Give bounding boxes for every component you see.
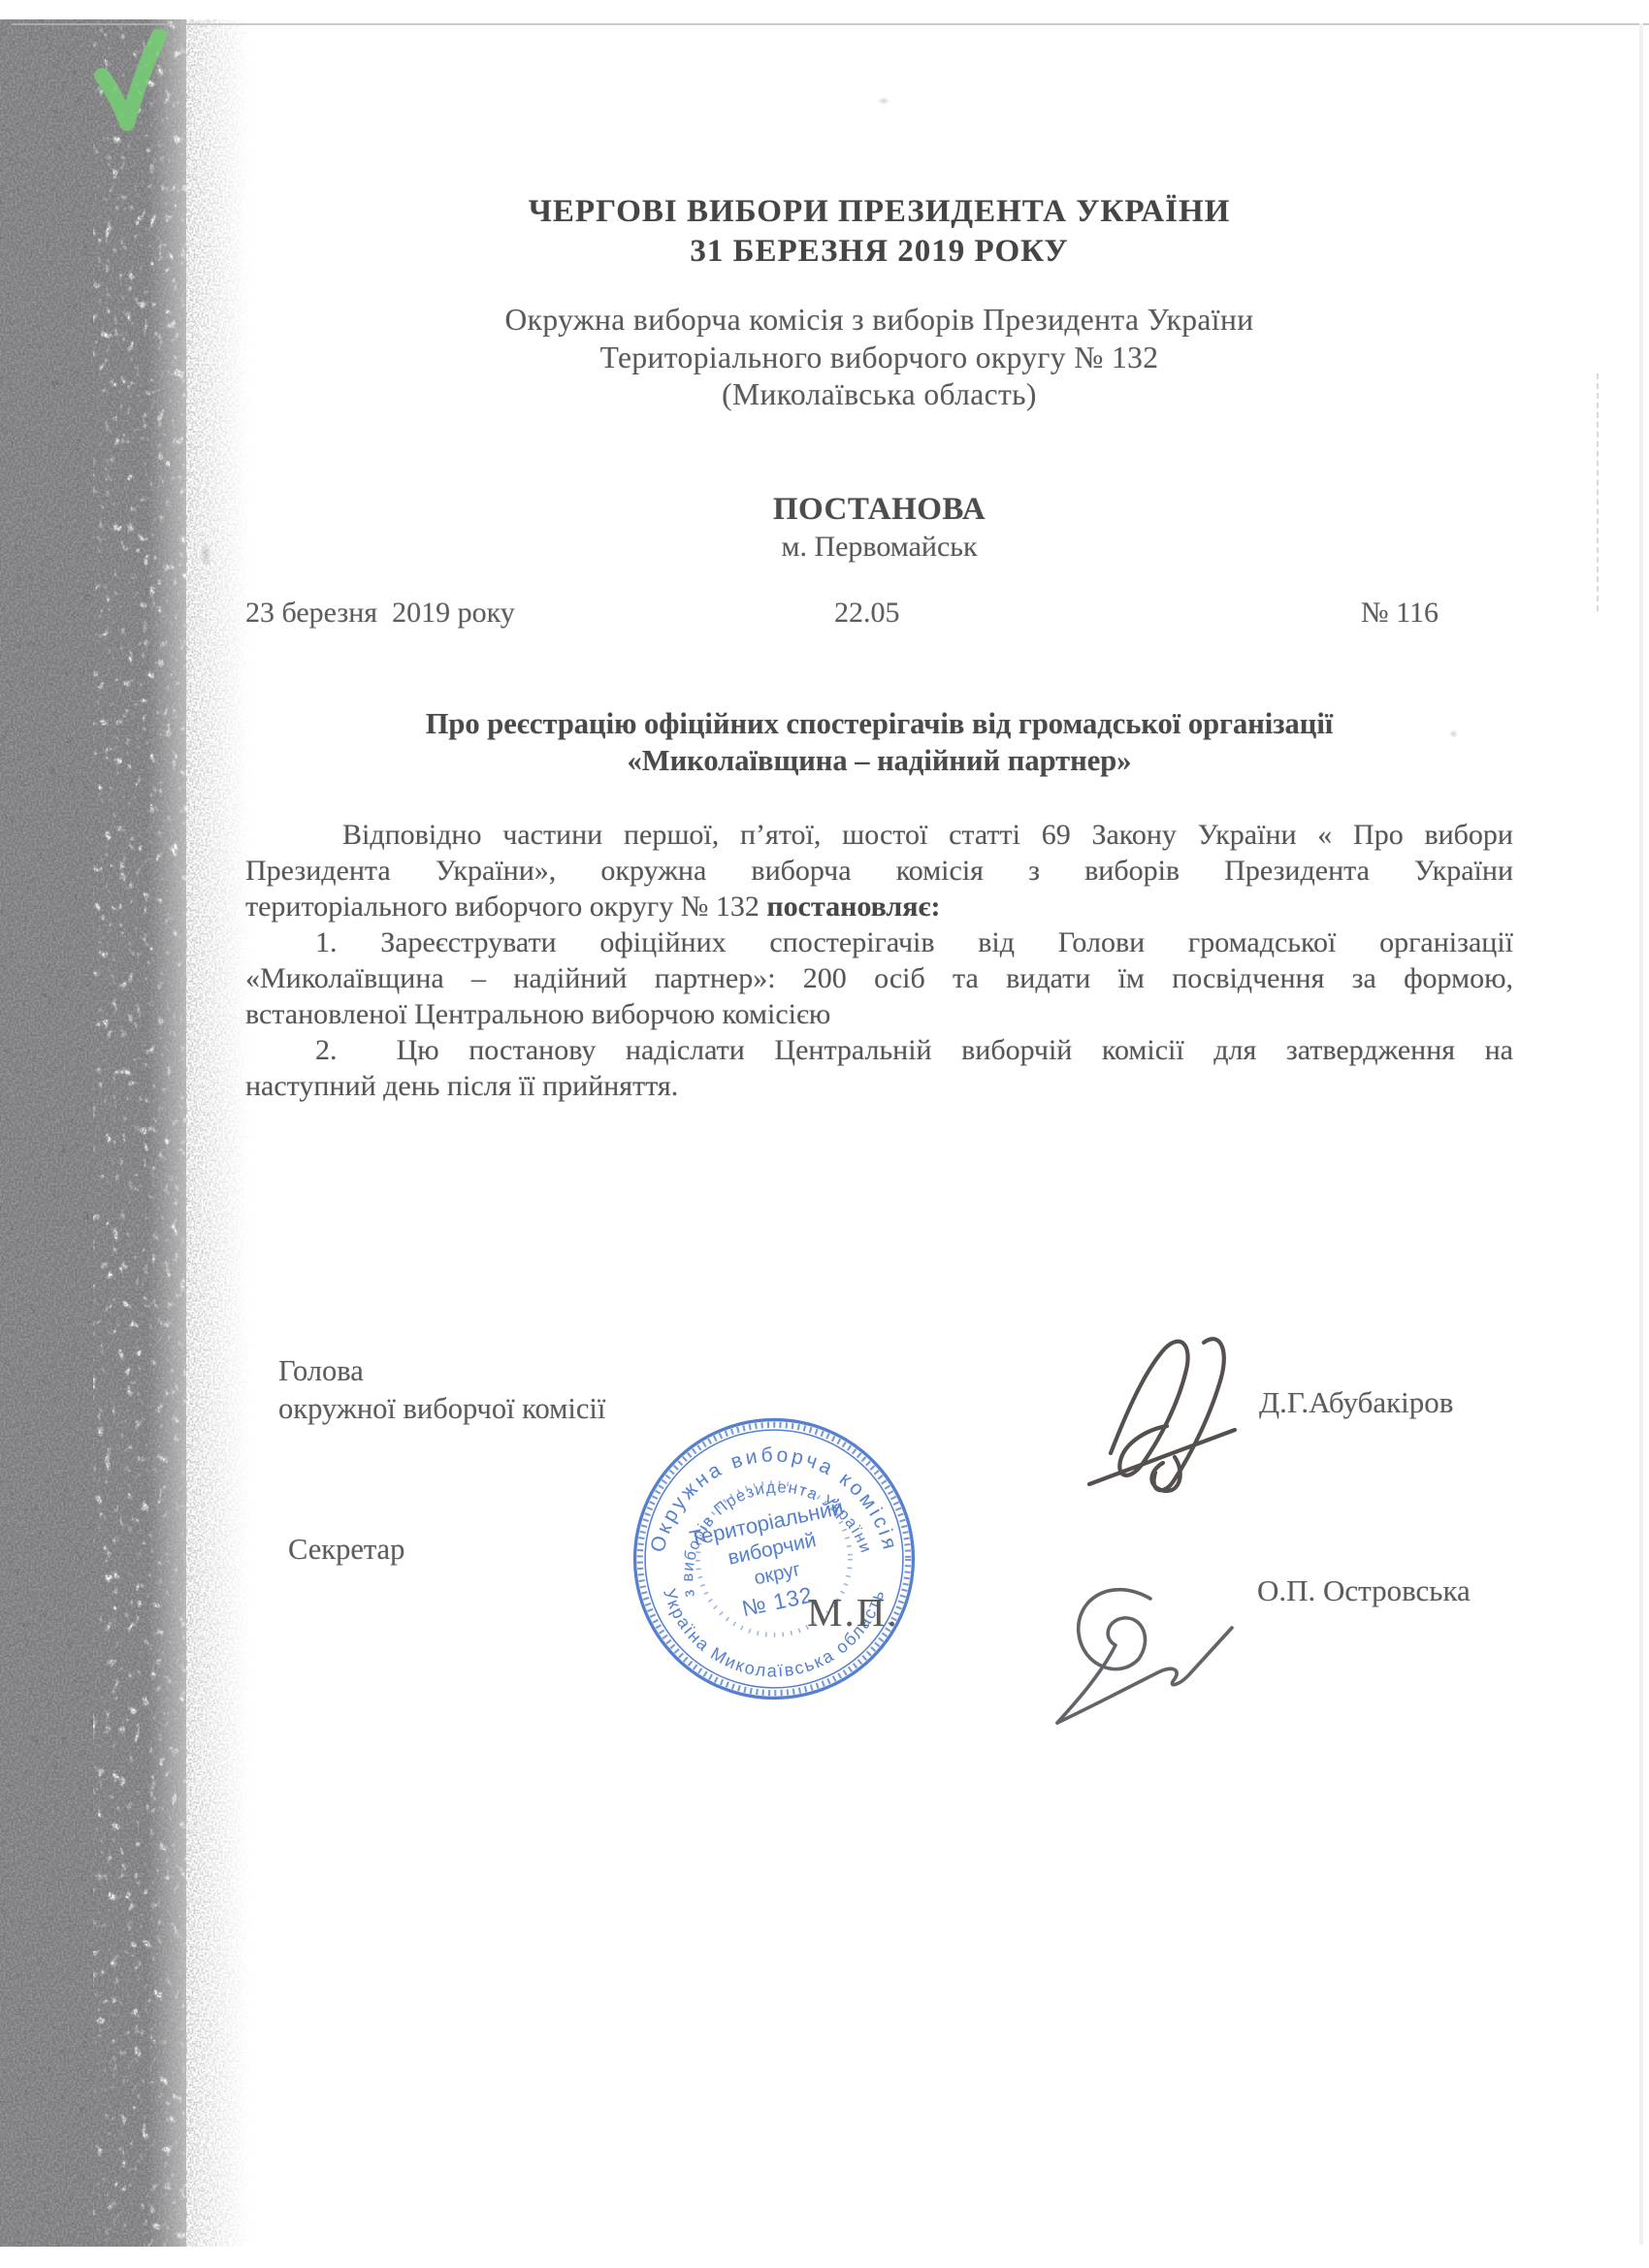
noise-fine xyxy=(0,19,254,2247)
act-meta-row: 23 березня 2019 року 22.05 № 116 xyxy=(245,597,1513,635)
subject-heading: Про реєстрацію офіційних спостерігачів в… xyxy=(245,705,1513,779)
paragraph-item1: 1. Зареєструвати офіційних спостерігачів… xyxy=(245,924,1513,996)
body-line: Президента України», окружна виборча ком… xyxy=(245,853,1513,889)
green-checkmark-icon xyxy=(93,29,169,132)
act-time: 22.05 xyxy=(834,597,900,630)
head-signature xyxy=(1082,1329,1239,1515)
scanner-noise-band xyxy=(0,19,254,2247)
act-number: № 116 xyxy=(1361,597,1439,630)
scan-dashed-artifact xyxy=(1597,373,1599,611)
commission-line2: Територіального виборчого округу № 132 xyxy=(245,340,1513,377)
intro-last-regular: територіального виборчого округу № 132 xyxy=(245,891,766,923)
body-line: «Миколаївщина – надійний партнер»: 200 о… xyxy=(245,960,1513,996)
head-role-line2: окружної виборчої комісії xyxy=(278,1390,605,1428)
body-line: наступний день після її прийняття. xyxy=(245,1068,1513,1104)
round-stamp: Окружна виборча комісія з виборів Презид… xyxy=(626,1409,922,1709)
body-line: 2. Цю постанову надіслати Центральній ви… xyxy=(245,1032,1513,1068)
act-date: 23 березня 2019 року xyxy=(245,597,515,630)
head-role-line1: Голова xyxy=(278,1352,605,1390)
seal-place-mark: М.П. xyxy=(807,1589,899,1636)
scan-speck xyxy=(878,97,889,105)
scanned-document-page: ЧЕРГОВІ ВИБОРИ ПРЕЗИДЕНТА УКРАЇНИ 31 БЕР… xyxy=(0,0,1649,2268)
body-line: 1. Зареєструвати офіційних спостерігачів… xyxy=(245,924,1513,960)
election-header-line1: ЧЕРГОВІ ВИБОРИ ПРЕЗИДЕНТА УКРАЇНИ xyxy=(245,192,1513,232)
paragraph-item2: 2. Цю постанову надіслати Центральній ви… xyxy=(245,1032,1513,1068)
scan-speck xyxy=(200,541,211,568)
stamp-texts: Окружна виборча комісія з виборів Презид… xyxy=(646,1443,901,1680)
act-city: м. Первомайськ xyxy=(245,529,1513,566)
act-title: ПОСТАНОВА xyxy=(245,490,1513,529)
secretary-name: О.П. Островська xyxy=(1257,1573,1471,1608)
body-line: встановленої Центральною виборчою комісі… xyxy=(245,996,1513,1032)
stamp-center-line4: № 132 xyxy=(740,1581,816,1621)
head-role-label: Голова окружної виборчої комісії xyxy=(278,1352,605,1427)
commission-block: Окружна виборча комісія з виборів Презид… xyxy=(245,302,1513,414)
body-text: Відповідно частини першої, п’ятої, шосто… xyxy=(245,817,1513,1104)
commission-line3: (Миколаївська область) xyxy=(245,376,1513,414)
secretary-role-label: Секретар xyxy=(288,1533,404,1567)
scan-top-edge-line xyxy=(12,23,1649,25)
noise-texture xyxy=(0,19,254,2247)
checkmark-stroke xyxy=(102,36,159,123)
secretary-signature xyxy=(1034,1581,1240,1738)
scan-right-edge-shade xyxy=(1639,23,1643,2245)
body-line: Відповідно частини першої, п’ятої, шосто… xyxy=(245,817,1513,853)
subject-line2: «Миколаївщина – надійний партнер» xyxy=(245,742,1513,779)
election-header: ЧЕРГОВІ ВИБОРИ ПРЕЗИДЕНТА УКРАЇНИ 31 БЕР… xyxy=(245,192,1513,272)
head-name: Д.Г.Абубакіров xyxy=(1259,1385,1453,1420)
subject-line1: Про реєстрацію офіційних спостерігачів в… xyxy=(245,705,1513,742)
commission-line1: Окружна виборча комісія з виборів Презид… xyxy=(245,302,1513,340)
election-header-line2: 31 БЕРЕЗНЯ 2019 РОКУ xyxy=(245,232,1513,272)
body-line: територіального виборчого округу № 132 п… xyxy=(245,889,1513,924)
paragraph-intro: Відповідно частини першої, п’ятої, шосто… xyxy=(245,817,1513,889)
secretary-signature-strokes xyxy=(1057,1590,1232,1723)
head-signature-strokes xyxy=(1089,1339,1235,1491)
intro-last-bold: постановляє: xyxy=(766,891,940,923)
